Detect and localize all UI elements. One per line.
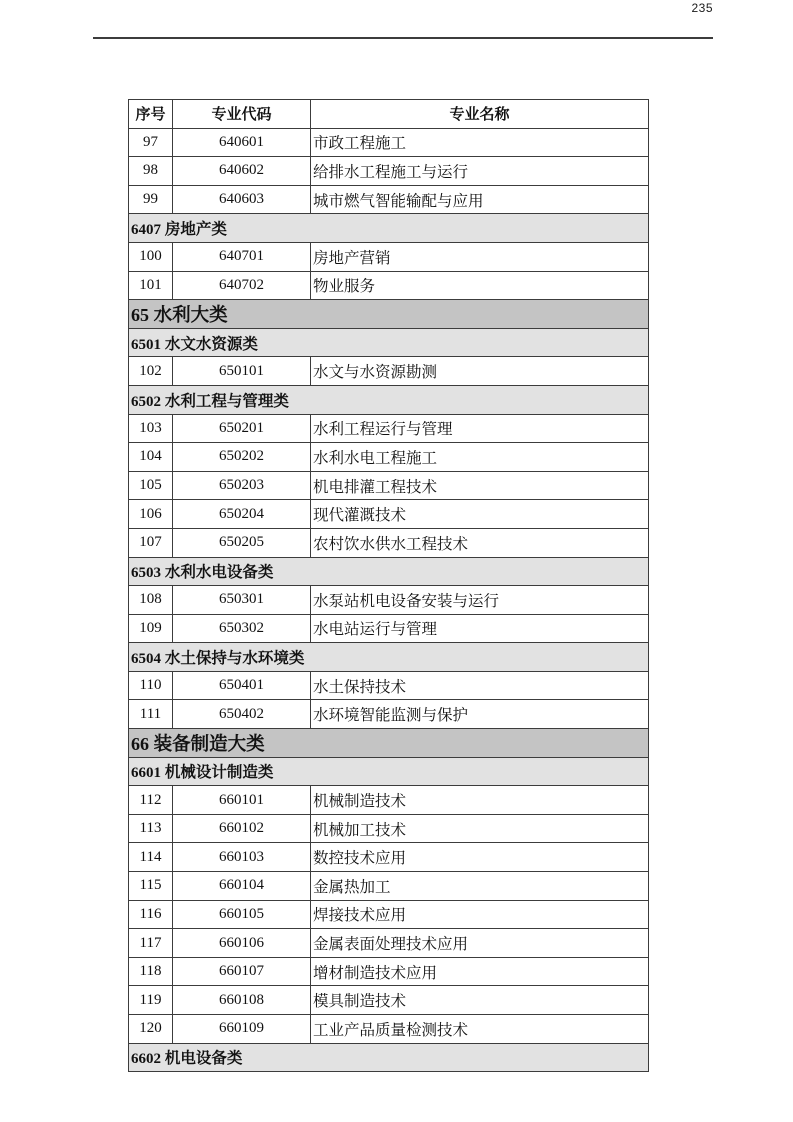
table-row: 110650401水土保持技术 [129,671,649,700]
row-major-name: 物业服务 [311,271,649,300]
row-major-code: 640701 [173,242,311,271]
row-major-code: 660104 [173,872,311,901]
section-code: 6501 [131,337,161,353]
row-seq-number: 120 [129,1015,173,1044]
row-seq-number: 102 [129,357,173,386]
row-major-code: 640602 [173,157,311,186]
section-code: 6602 [131,1051,161,1067]
sub-section-row: 6501 水文水资源类 [129,328,649,357]
sub-section-row: 6503 水利水电设备类 [129,557,649,586]
table-row: 99640603城市燃气智能输配与应用 [129,185,649,214]
section-name: 机电设备类 [165,1050,243,1067]
row-seq-number: 101 [129,271,173,300]
column-header-seq: 序号 [129,100,173,129]
section-code: 6502 [131,394,161,410]
row-seq-number: 105 [129,471,173,500]
spec-table-body: 97640601市政工程施工98640602给排水工程施工与运行99640603… [129,128,649,1072]
row-major-name: 机械加工技术 [311,814,649,843]
row-seq-number: 97 [129,128,173,157]
row-major-code: 650301 [173,586,311,615]
table-row: 118660107增材制造技术应用 [129,957,649,986]
row-major-name: 水环境智能监测与保护 [311,700,649,729]
row-major-name: 水土保持技术 [311,671,649,700]
table-header-row: 序号 专业代码 专业名称 [129,100,649,129]
row-seq-number: 109 [129,614,173,643]
table-row: 104650202水利水电工程施工 [129,443,649,472]
row-major-code: 650201 [173,414,311,443]
row-seq-number: 103 [129,414,173,443]
table-row: 116660105焊接技术应用 [129,900,649,929]
section-name: 装备制造大类 [154,733,265,754]
section-header-cell: 6502 水利工程与管理类 [129,385,649,414]
table-row: 109650302水电站运行与管理 [129,614,649,643]
row-seq-number: 118 [129,957,173,986]
row-seq-number: 99 [129,185,173,214]
row-major-code: 650302 [173,614,311,643]
sub-section-row: 6502 水利工程与管理类 [129,385,649,414]
row-major-name: 农村饮水供水工程技术 [311,528,649,557]
table-row: 114660103数控技术应用 [129,843,649,872]
row-major-code: 660108 [173,986,311,1015]
section-code: 6407 [131,222,161,238]
major-section-row: 66 装备制造大类 [129,729,649,758]
row-major-name: 水泵站机电设备安装与运行 [311,586,649,615]
row-seq-number: 107 [129,528,173,557]
section-code: 6601 [131,765,161,781]
row-major-name: 数控技术应用 [311,843,649,872]
section-name: 机械设计制造类 [165,764,274,781]
table-row: 100640701房地产营销 [129,242,649,271]
section-code: 66 [131,734,149,754]
sub-section-row: 6601 机械设计制造类 [129,757,649,786]
table-row: 120660109工业产品质量检测技术 [129,1015,649,1044]
row-major-code: 650205 [173,528,311,557]
row-major-name: 机械制造技术 [311,786,649,815]
row-major-code: 660107 [173,957,311,986]
table-row: 101640702物业服务 [129,271,649,300]
section-header-cell: 6504 水土保持与水环境类 [129,643,649,672]
section-header-cell: 6601 机械设计制造类 [129,757,649,786]
row-major-name: 增材制造技术应用 [311,957,649,986]
row-major-code: 650203 [173,471,311,500]
row-major-code: 660101 [173,786,311,815]
page-number: 235 [93,1,713,15]
table-row: 102650101水文与水资源勘测 [129,357,649,386]
section-name: 水利工程与管理类 [165,393,289,410]
row-major-name: 市政工程施工 [311,128,649,157]
row-major-name: 房地产营销 [311,242,649,271]
row-major-code: 650401 [173,671,311,700]
row-major-code: 650101 [173,357,311,386]
row-major-code: 660105 [173,900,311,929]
section-name: 水利大类 [154,304,228,325]
table-row: 112660101机械制造技术 [129,786,649,815]
section-header-cell: 6503 水利水电设备类 [129,557,649,586]
section-header-cell: 6602 机电设备类 [129,1043,649,1072]
section-header-cell: 66 装备制造大类 [129,729,649,758]
sub-section-row: 6504 水土保持与水环境类 [129,643,649,672]
section-header-cell: 6501 水文水资源类 [129,328,649,357]
row-seq-number: 117 [129,929,173,958]
sub-section-row: 6407 房地产类 [129,214,649,243]
table-row: 113660102机械加工技术 [129,814,649,843]
row-major-code: 650402 [173,700,311,729]
row-major-name: 城市燃气智能输配与应用 [311,185,649,214]
row-seq-number: 119 [129,986,173,1015]
column-header-code: 专业代码 [173,100,311,129]
row-major-name: 水文与水资源勘测 [311,357,649,386]
row-major-name: 水利水电工程施工 [311,443,649,472]
row-seq-number: 113 [129,814,173,843]
page-header-rule [93,37,713,39]
row-major-code: 650202 [173,443,311,472]
section-name: 水土保持与水环境类 [165,650,305,667]
table-row: 97640601市政工程施工 [129,128,649,157]
row-seq-number: 98 [129,157,173,186]
table-row: 108650301水泵站机电设备安装与运行 [129,586,649,615]
table-row: 98640602给排水工程施工与运行 [129,157,649,186]
row-seq-number: 104 [129,443,173,472]
row-seq-number: 116 [129,900,173,929]
table-row: 111650402水环境智能监测与保护 [129,700,649,729]
row-major-name: 模具制造技术 [311,986,649,1015]
table-row: 106650204现代灌溉技术 [129,500,649,529]
table-row: 105650203机电排灌工程技术 [129,471,649,500]
row-seq-number: 115 [129,872,173,901]
table-row: 115660104金属热加工 [129,872,649,901]
table-row: 107650205农村饮水供水工程技术 [129,528,649,557]
row-major-code: 660102 [173,814,311,843]
row-major-name: 水利工程运行与管理 [311,414,649,443]
row-major-code: 660109 [173,1015,311,1044]
section-code: 6503 [131,565,161,581]
table-row: 119660108模具制造技术 [129,986,649,1015]
sub-section-row: 6602 机电设备类 [129,1043,649,1072]
row-major-name: 给排水工程施工与运行 [311,157,649,186]
row-major-code: 640702 [173,271,311,300]
section-header-cell: 6407 房地产类 [129,214,649,243]
row-seq-number: 112 [129,786,173,815]
row-major-code: 660103 [173,843,311,872]
table-row: 117660106金属表面处理技术应用 [129,929,649,958]
section-code: 6504 [131,651,161,667]
row-major-name: 金属表面处理技术应用 [311,929,649,958]
row-major-name: 水电站运行与管理 [311,614,649,643]
row-seq-number: 111 [129,700,173,729]
row-seq-number: 106 [129,500,173,529]
row-major-code: 660106 [173,929,311,958]
column-header-name: 专业名称 [311,100,649,129]
row-major-code: 650204 [173,500,311,529]
section-name: 水利水电设备类 [165,564,274,581]
table-row: 103650201水利工程运行与管理 [129,414,649,443]
row-major-name: 焊接技术应用 [311,900,649,929]
row-seq-number: 108 [129,586,173,615]
major-code-table: 序号 专业代码 专业名称 97640601市政工程施工98640602给排水工程… [128,99,649,1072]
section-name: 水文水资源类 [165,336,258,353]
row-seq-number: 100 [129,242,173,271]
section-header-cell: 65 水利大类 [129,300,649,329]
row-major-code: 640603 [173,185,311,214]
row-seq-number: 110 [129,671,173,700]
row-major-name: 工业产品质量检测技术 [311,1015,649,1044]
row-major-name: 金属热加工 [311,872,649,901]
row-seq-number: 114 [129,843,173,872]
row-major-name: 机电排灌工程技术 [311,471,649,500]
section-name: 房地产类 [165,221,227,238]
section-code: 65 [131,305,149,325]
row-major-name: 现代灌溉技术 [311,500,649,529]
major-section-row: 65 水利大类 [129,300,649,329]
row-major-code: 640601 [173,128,311,157]
